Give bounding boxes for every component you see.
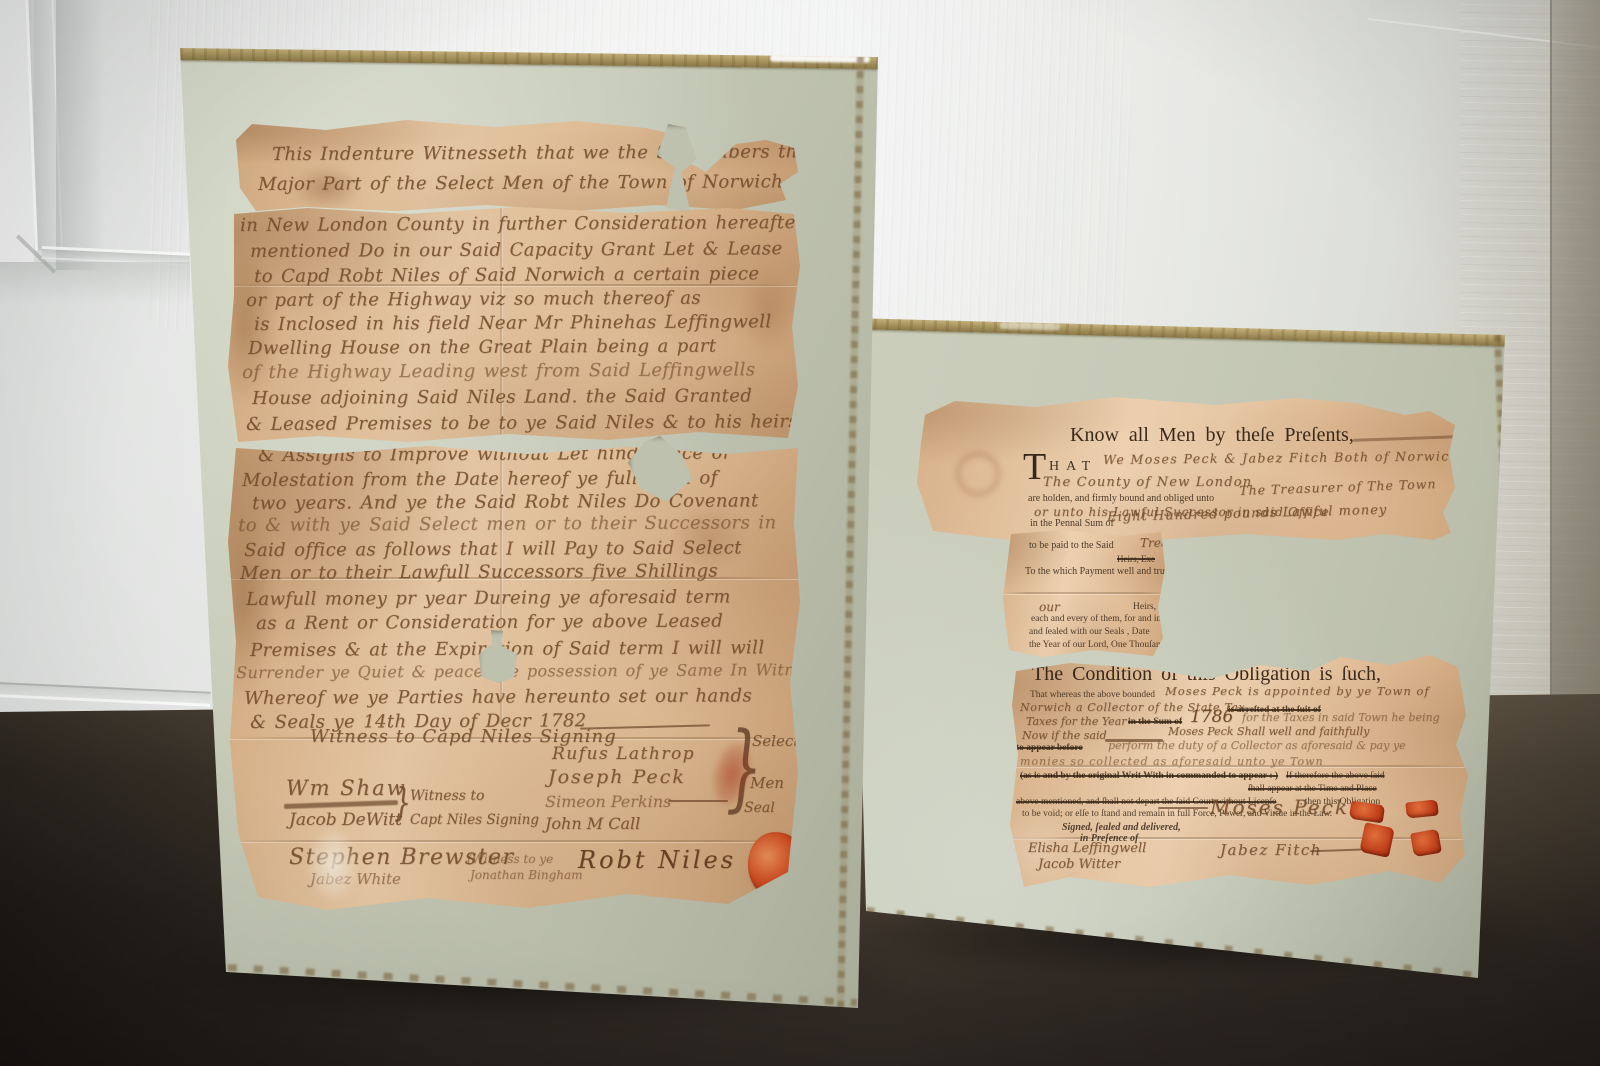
bond-paper-piece-top: Know all Men by theſe Preſents, T HAT We… (915, 393, 1460, 540)
manuscript-line: of the Highway Leading west from Said Le… (242, 359, 755, 383)
cond-r3-hw-b: for the Taxes in said Town he being (1242, 711, 1440, 724)
door-right-edge (1550, 0, 1600, 708)
signature-underline (284, 800, 398, 809)
manuscript-line: Lawfull money pr year Dureing ye aforesa… (246, 586, 731, 610)
cond-r4-hw-b: Moses Peck Shall well and faithfully (1168, 725, 1369, 738)
left-board-right-edge-wear (837, 56, 864, 1008)
printed-heirs2: Heirs, F (1133, 602, 1164, 612)
flourish-dash (1158, 807, 1208, 809)
cond-r8-struck: ſhall appear at the Time and Place (1248, 784, 1377, 794)
manuscript-line: two years. And ye the Said Robt Niles Do… (252, 490, 759, 514)
manuscript-line: to & with ye Said Select men or to their… (238, 512, 777, 536)
signature-elisha: Elisha Leffingwell (1028, 841, 1146, 856)
signature-jabez-fitch: Jabez Fitch (1220, 841, 1322, 859)
wax-seal-fragment (1349, 801, 1385, 824)
indenture-paper-piece-1: This Indenture Witnesseth that we the Su… (236, 118, 798, 213)
selectmen-word-men: Men (750, 774, 784, 792)
signature-joseph-peck: Joseph Peck (548, 766, 686, 788)
door-rail-shadow (0, 262, 190, 304)
manuscript-line: Major Part of the Select Men of the Town… (258, 171, 783, 195)
signature-moses-peck: Moses Peck (1210, 795, 1349, 819)
printed-each: each and every of them, for and in th (1031, 614, 1171, 624)
cond-r4-hw-a: Now if the said (1022, 729, 1107, 742)
printed-sum: in the Pennal Sum of (1030, 518, 1114, 529)
capt-niles-signing-label: Capt Niles Signing (410, 812, 539, 828)
condition-heading: The Condition of this Obligation is ſuch… (1032, 663, 1381, 686)
manuscript-line: House adjoining Said Niles Land. the Sai… (252, 385, 752, 409)
signature-simeon-perkins: Simeon Perkins (545, 792, 671, 811)
door-stile-shadow (56, 0, 104, 270)
manuscript-line: Dwelling House on the Great Plain being … (248, 336, 717, 359)
hw-parties: We Moses Peck & Jabez Fitch Both of Norw… (1103, 448, 1479, 467)
manuscript-line: or part of the Highway viz so much there… (246, 288, 701, 311)
cond-r5-struck: to appear before (1016, 743, 1083, 753)
cond-r1-printed: That whereas the above bounded (1030, 690, 1155, 700)
cond-r7-struck: (as is and by the original Writ With in … (1020, 771, 1278, 781)
bond-paper-piece-middle: to be paid to the Said Treas Heirs, Exe … (1003, 528, 1165, 660)
pale-blotch (306, 826, 360, 904)
bond-paper-piece-bottom: The Condition of this Obligation is ſuch… (1010, 655, 1468, 905)
hw-our: our (1039, 600, 1060, 614)
manuscript-line: in New London County in further Consider… (240, 212, 805, 236)
indenture-paper-piece-3: & Assigns to Improve without Let hindere… (228, 442, 800, 912)
door-lock-rail-bevel (0, 682, 211, 707)
signature-john-mccall: John M Call (545, 814, 640, 833)
manuscript-line: This Indenture Witnesseth that we the Su… (272, 141, 809, 165)
cond-r7-struck-b: If therefore the above ſaid (1286, 771, 1385, 781)
manuscript-line: Surrender ye Quiet & peaceable possessio… (236, 660, 822, 682)
manuscript-line: to Capd Robt Niles of Said Norwich a cer… (254, 263, 759, 287)
cond-r3-year: 1786 (1190, 707, 1233, 727)
signature-jacob-dewitt: Jacob DeWitt (289, 810, 402, 830)
signature-jacob-witter: Jacob Witter (1038, 857, 1120, 872)
struck-scribble (1353, 435, 1457, 442)
printed-year: the Year of our Lord, One Thouſan (1029, 640, 1161, 650)
cond-r5-hw: perform the duty of a Collector as afore… (1108, 739, 1406, 752)
cond-r1-hw: Moses Peck is appointed by ye Town of (1165, 684, 1430, 698)
selectmen-word-seal: Seal (744, 800, 775, 816)
bond-heading: Know all Men by theſe Preſents, (1070, 424, 1354, 447)
printed-holden: are holden, and firmly bound and obliged… (1028, 493, 1214, 504)
wax-seal-fragment (1405, 799, 1438, 818)
printed-paid: to be paid to the Said (1029, 540, 1114, 551)
signed-sealed-line1: Signed, ſealed and delivered, (1062, 822, 1181, 833)
hw-county: The County of New London (1043, 475, 1252, 490)
signature-rufus-lathrop: Rufus Lathrop (552, 744, 695, 764)
manuscript-line: Men or to their Lawfull Successors five … (240, 560, 718, 584)
manuscript-line: Whereof we ye Parties have hereunto set … (244, 685, 752, 709)
that-word: HAT (1049, 459, 1097, 475)
wax-seal-fragment (1410, 829, 1442, 857)
signature-robt-niles: Robt Niles (578, 846, 736, 874)
cond-r3-hw-a: Taxes for the Year (1026, 715, 1127, 728)
wax-seal-fragment (1359, 822, 1395, 858)
manuscript-line: Said office as follows that I will Pay t… (244, 537, 742, 561)
hw-obligee: The Treasurer of The Town (1239, 476, 1437, 498)
manuscript-line: is Inclosed in his field Near Mr Phineha… (254, 311, 772, 335)
manuscript-line: & Leased Premises to be to ye Said Niles… (246, 411, 798, 435)
left-mounting-board: This Indenture Witnesseth that we the Su… (178, 40, 880, 1015)
right-mounting-board: Know all Men by theſe Preſents, T HAT We… (845, 315, 1513, 983)
photo-scene: Know all Men by theſe Preſents, T HAT We… (0, 0, 1600, 1066)
printed-payment: To the which Payment well and truly (1025, 566, 1173, 577)
witness-paren-line2: Jonathan Bingham (470, 868, 583, 882)
crease-line (1003, 592, 1165, 594)
cond-r6-hw: monies so collected as aforesaid unto ye… (1020, 755, 1324, 768)
manuscript-line: as a Rent or Consideration for ye above … (256, 611, 723, 634)
witness-to-label: Witness to (410, 788, 484, 804)
printed-sealed: and ſealed with our Seals , Date (1029, 627, 1150, 637)
signature-wm-shaw: Wm Shaw (286, 776, 407, 800)
round-stain (955, 451, 1001, 497)
indenture-paper-piece-2: in New London County in further Consider… (228, 206, 800, 444)
manuscript-line: mentioned Do in our Said Capacity Grant … (250, 238, 783, 262)
witness-paren-line1: (Witness to ye (467, 852, 553, 866)
selectmen-word-select: Select (752, 732, 799, 750)
struck-heirs: Heirs, Exe (1117, 554, 1155, 564)
